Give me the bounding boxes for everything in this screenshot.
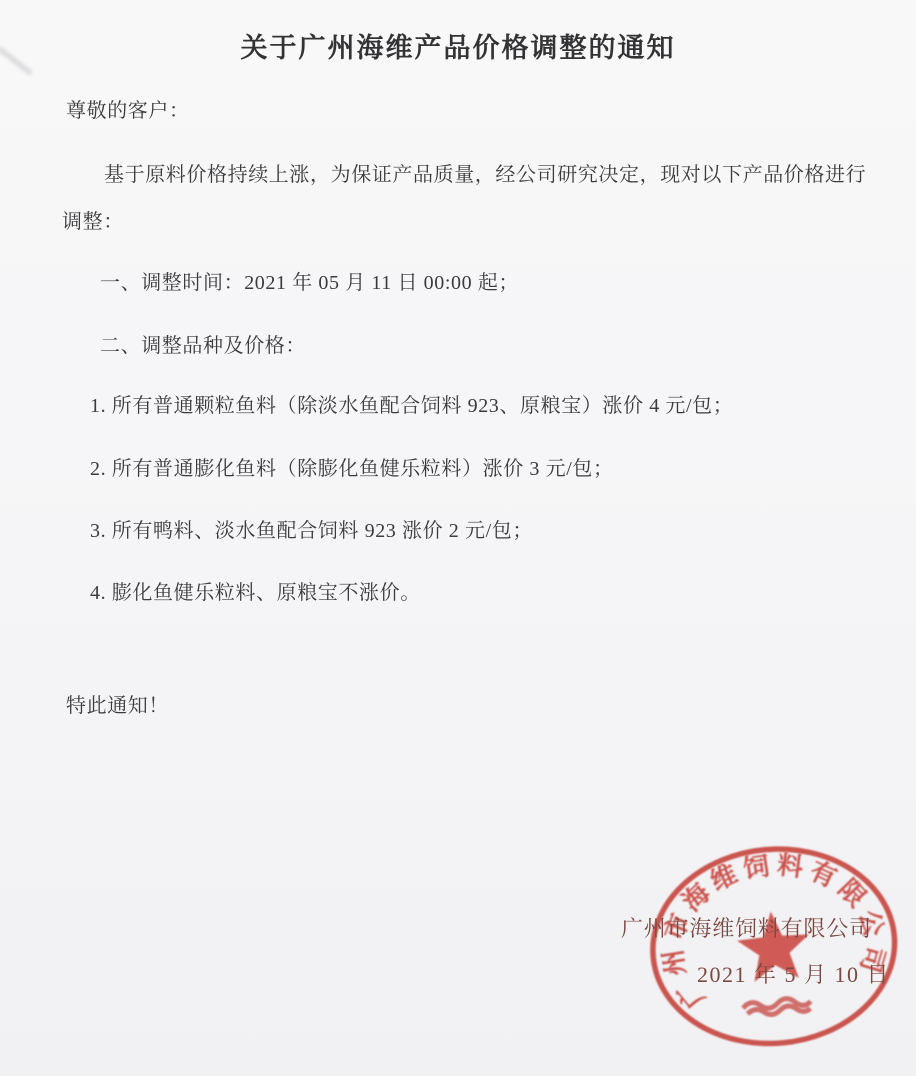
price-item-4: 4. 膨化鱼健乐粒料、原粮宝不涨价。 [90,576,421,605]
company-seal-stamp: 广州市海维饲料有限公司 [637,832,916,1066]
section-adjust-items: 二、调整品种及价格： [100,329,306,358]
price-item-3: 3. 所有鸭料、淡水鱼配合饲料 923 涨价 2 元/包； [90,514,533,543]
signature-company: 广州市海维饲料有限公司 [621,912,872,943]
scanned-notice-page: 关于广州海维产品价格调整的通知 尊敬的客户： 基于原料价格持续上涨，为保证产品质… [0,0,916,1076]
seal-serial-scribble [743,997,812,1017]
intro-line-2: 调整： [62,205,124,234]
greeting-line: 尊敬的客户： [66,94,190,123]
closing-line: 特此通知！ [66,689,169,718]
price-item-2: 2. 所有普通膨化鱼料（除膨化鱼健乐粒料）涨价 3 元/包； [90,452,614,481]
signature-date: 2021 年 5 月 10 日 [697,958,890,989]
intro-line-1: 基于原料价格持续上涨，为保证产品质量，经公司研究决定，现对以下产品价格进行 [104,158,866,187]
price-item-1: 1. 所有普通颗粒鱼料（除淡水鱼配合饲料 923、原粮宝）涨价 4 元/包； [90,389,733,418]
document-title: 关于广州海维产品价格调整的通知 [0,26,916,65]
section-adjust-time: 一、调整时间：2021 年 05 月 11 日 00:00 起； [100,266,519,295]
